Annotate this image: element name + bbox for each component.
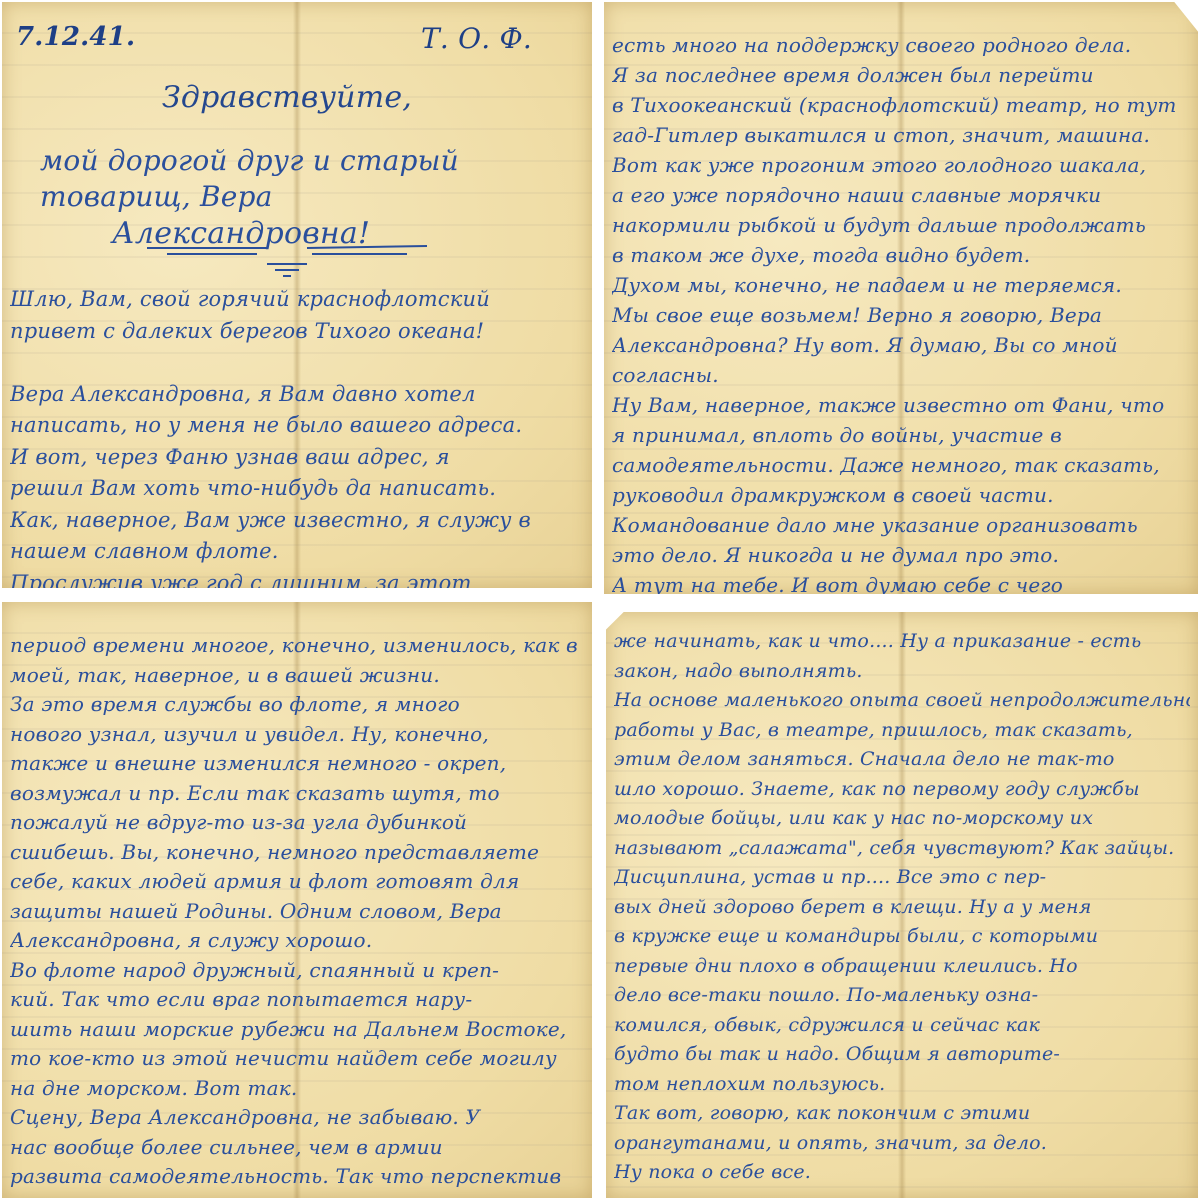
handwritten-line: период времени многое, конечно, изменило… xyxy=(10,630,584,660)
salutation-line: мой дорогой друг и старый xyxy=(40,144,459,177)
handwritten-line: самодеятельности. Даже немного, так сказ… xyxy=(612,450,1190,480)
handwritten-line: этим делом заняться. Сначала дело не так… xyxy=(614,744,1190,774)
handwritten-line: Я за последнее время должен был перейти xyxy=(612,60,1190,90)
handwritten-line: согласны. xyxy=(612,360,1190,390)
handwritten-line: А тут на тебе. И вот думаю себе с чего xyxy=(612,570,1190,594)
handwritten-line: нового узнал, изучил и увидел. Ну, конеч… xyxy=(10,719,584,749)
handwritten-line: Духом мы, конечно, не падаем и не теряем… xyxy=(612,270,1190,300)
handwritten-line: вых дней здорово берет в клещи. Ну а у м… xyxy=(614,892,1190,922)
handwritten-line: том неплохим пользуюсь. xyxy=(614,1069,1190,1099)
handwritten-line: написать, но у меня не было вашего адрес… xyxy=(10,410,584,440)
handwritten-line: Мы свое еще возьмем! Верно я говорю, Вер… xyxy=(612,300,1190,330)
handwritten-line: Прослужив уже год с лишним, за этот xyxy=(10,568,584,589)
handwritten-line: комился, обвык, сдружился и сейчас как xyxy=(614,1010,1190,1040)
handwritten-line: пожалуй не вдруг-то из-за угла дубинкой xyxy=(10,807,584,837)
letter-place: Т. О. Ф. xyxy=(421,22,532,55)
handwritten-line: моей, так, наверное, и в вашей жизни. xyxy=(10,660,584,690)
handwritten-line: первые дни плохо в обращении клеились. Н… xyxy=(614,951,1190,981)
handwritten-line: на дне морском. Вот так. xyxy=(10,1073,584,1103)
handwritten-line: Вот как уже прогоним этого голодного шак… xyxy=(612,150,1190,180)
handwritten-line: Ну пока о себе все. xyxy=(614,1157,1190,1187)
handwritten-line: Как, наверное, Вам уже известно, я служу… xyxy=(10,505,584,535)
handwritten-line: я принимал, вплоть до войны, участие в xyxy=(612,420,1190,450)
handwritten-line: Шлю, Вам, свой горячий краснофлотский xyxy=(10,284,584,314)
handwritten-line: орангутанами, и опять, значит, за дело. xyxy=(614,1128,1190,1158)
handwritten-line: дело все-таки пошло. По-маленьку озна- xyxy=(614,980,1190,1010)
letter-page-4: же начинать, как и что.... Ну а приказан… xyxy=(606,612,1198,1198)
handwritten-line: И вот, через Фаню узнав ваш адрес, я xyxy=(10,442,584,472)
handwritten-line: называют „салажата", себя чувствуют? Как… xyxy=(614,833,1190,863)
handwritten-line: возмужал и пр. Если так сказать шутя, то xyxy=(10,778,584,808)
handwritten-line: Дисциплина, устав и пр.... Все это с пер… xyxy=(614,862,1190,892)
handwritten-line: а его уже порядочно наши славные морячки xyxy=(612,180,1190,210)
handwritten-line: гад-Гитлер выкатился и стоп, значит, маш… xyxy=(612,120,1190,150)
handwritten-line: закон, надо выполнять. xyxy=(614,656,1190,686)
handwritten-line: На основе маленького опыта своей непродо… xyxy=(614,685,1190,715)
handwritten-line: нашем славном флоте. xyxy=(10,536,584,566)
handwritten-line: руководил драмкружком в своей части. xyxy=(612,480,1190,510)
handwritten-line: решил Вам хоть что-нибудь да написать. xyxy=(10,473,584,503)
handwritten-line: в кружке еще и командиры были, с которым… xyxy=(614,921,1190,951)
handwritten-line: Вера Александровна, я Вам давно хотел xyxy=(10,379,584,409)
handwritten-line: Так вот, говорю, как покончим с этими xyxy=(614,1098,1190,1128)
handwritten-line: это дело. Я никогда и не думал про это. xyxy=(612,540,1190,570)
handwritten-line: молодые бойцы, или как у нас по-морскому… xyxy=(614,803,1190,833)
handwritten-line: нас вообще более сильнее, чем в армии xyxy=(10,1132,584,1162)
handwritten-line: Сцену, Вера Александровна, не забываю. У xyxy=(10,1102,584,1132)
handwritten-line: шить наши морские рубежи на Дальнем Вост… xyxy=(10,1014,584,1044)
handwritten-line: работы у Вас, в театре, пришлось, так ск… xyxy=(614,715,1190,745)
letter-page-2: есть много на поддержку своего родного д… xyxy=(604,2,1198,594)
handwritten-line: будто бы так и надо. Общим я авторите- xyxy=(614,1039,1190,1069)
handwritten-line: же начинать, как и что.... Ну а приказан… xyxy=(614,626,1190,656)
handwritten-line: За это время службы во флоте, я много xyxy=(10,689,584,719)
letter-date: 7.12.41. xyxy=(16,22,135,52)
salutation-line: товарищ, Вера xyxy=(40,180,273,213)
letter-page-3: период времени многое, конечно, изменило… xyxy=(2,602,592,1198)
handwritten-line: Командование дало мне указание организов… xyxy=(612,510,1190,540)
handwritten-line: Ну Вам, наверное, также известно от Фани… xyxy=(612,390,1190,420)
handwritten-line: в Тихоокеанский (краснофлотский) театр, … xyxy=(612,90,1190,120)
handwritten-line: Александровна, я служу хорошо. xyxy=(10,925,584,955)
handwritten-line: накормили рыбкой и будут дальше продолжа… xyxy=(612,210,1190,240)
handwritten-line: кий. Так что если враг попытается нару- xyxy=(10,984,584,1014)
handwritten-line: также и внешне изменился немного - окреп… xyxy=(10,748,584,778)
handwritten-line: привет с далеких берегов Тихого океана! xyxy=(10,316,584,346)
letter-page-1: 7.12.41. Т. О. Ф. Здравствуйте, мой доро… xyxy=(2,2,592,588)
handwritten-line: Александровна? Ну вот. Я думаю, Вы со мн… xyxy=(612,330,1190,360)
handwritten-line: то кое-кто из этой нечисти найдет себе м… xyxy=(10,1043,584,1073)
handwritten-line: в таком же духе, тогда видно будет. xyxy=(612,240,1190,270)
handwritten-line: есть много на поддержку своего родного д… xyxy=(612,30,1190,60)
underline-flourish-icon xyxy=(147,242,427,282)
handwritten-line: развита самодеятельность. Так что перспе… xyxy=(10,1161,584,1191)
letter-greeting: Здравствуйте, xyxy=(162,80,412,115)
handwritten-line: себе, каких людей армия и флот готовят д… xyxy=(10,866,584,896)
handwritten-line: шло хорошо. Знаете, как по первому году … xyxy=(614,774,1190,804)
handwritten-line: Во флоте народ дружный, спаянный и креп- xyxy=(10,955,584,985)
handwritten-line: защиты нашей Родины. Одним словом, Вера xyxy=(10,896,584,926)
handwritten-line: сшибешь. Вы, конечно, немного представля… xyxy=(10,837,584,867)
